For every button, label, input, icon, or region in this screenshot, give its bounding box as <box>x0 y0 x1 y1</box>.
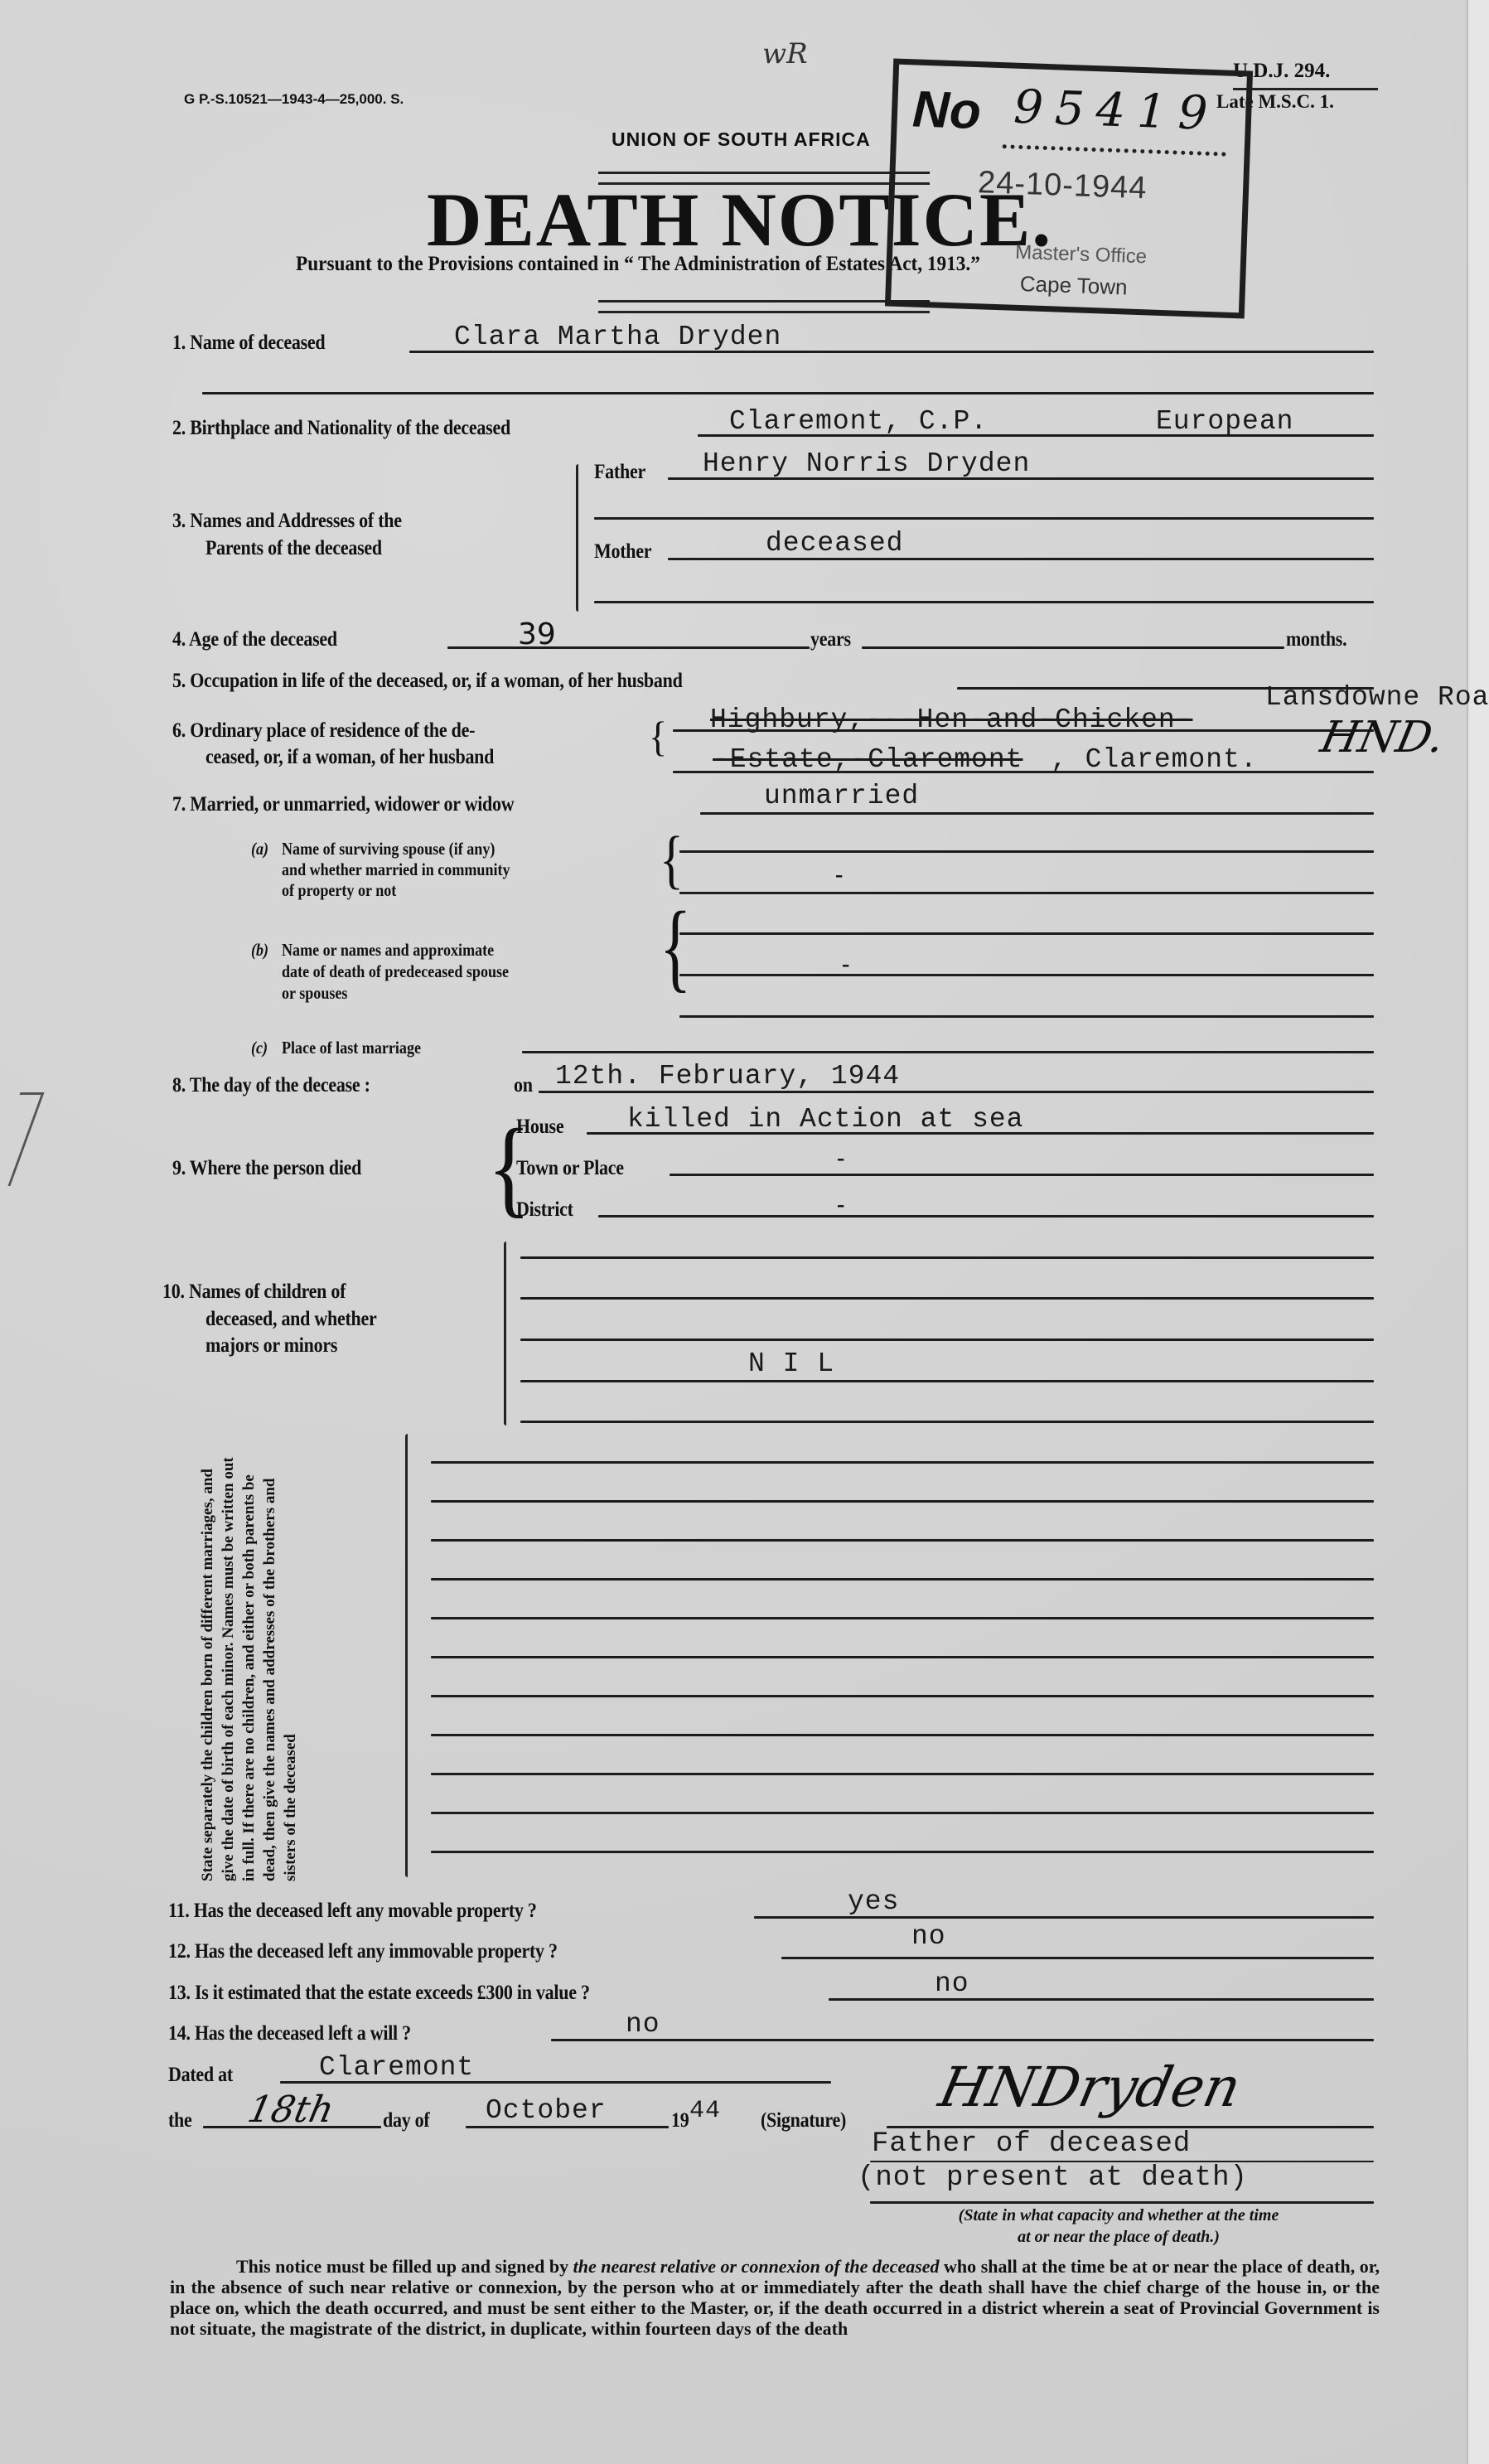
q9-house-value: killed in Action at sea <box>627 1104 1023 1135</box>
stamp-date: 24-10-1944 <box>977 165 1148 206</box>
form-code-rule <box>1233 88 1378 90</box>
month-line <box>466 2126 669 2128</box>
dated-at-value: Claremont <box>319 2052 474 2083</box>
q3-label-2: Parents of the deceased <box>205 537 382 560</box>
children-ruled-line <box>431 1617 1374 1619</box>
q2-line <box>698 434 1374 437</box>
initials-mark: wR <box>762 37 808 70</box>
children-ruled-line <box>431 1695 1374 1697</box>
q7b-label-3: or spouses <box>282 983 347 1004</box>
q7b-label-1: Name or names and approximate <box>282 940 494 961</box>
q3-father-line-2 <box>594 517 1374 520</box>
footer-text-pre: This notice must be filled up and signed… <box>236 2256 573 2277</box>
capacity-caption-2: at or near the place of death.) <box>853 2226 1384 2248</box>
children-ruled-line <box>431 1773 1374 1775</box>
q11-label: 11. Has the deceased left any movable pr… <box>168 1900 537 1923</box>
q9-label: 9. Where the person died <box>172 1157 361 1180</box>
dated-at-label: Dated at <box>168 2064 233 2087</box>
q10-brace <box>504 1242 506 1426</box>
q9-district-line <box>598 1215 1374 1217</box>
q4-label: 4. Age of the deceased <box>172 628 337 651</box>
stamp-office: Master's Office <box>1015 241 1148 269</box>
q7b-brace: { <box>660 891 691 1004</box>
children-ruled-line <box>431 1539 1374 1542</box>
q3-label-1: 3. Names and Addresses of the <box>172 510 402 533</box>
q7a-value: - <box>835 862 843 888</box>
q7a-line-2 <box>679 892 1374 894</box>
children-ruled-line <box>431 1500 1374 1503</box>
q12-line <box>781 1957 1374 1959</box>
q4-years-line <box>447 646 810 649</box>
q10-label-2: deceased, and whether <box>205 1308 376 1331</box>
q9-district-label: District <box>516 1198 573 1222</box>
q5-label: 5. Occupation in life of the deceased, o… <box>172 670 683 693</box>
q3-father-line <box>668 477 1374 480</box>
q7a-label-3: of property or not <box>282 880 396 901</box>
print-code: G P.-S.10521—1943-4—25,000. S. <box>184 91 404 108</box>
q2-label: 2. Birthplace and Nationality of the dec… <box>172 417 510 440</box>
q9-town-value: - <box>837 1145 844 1172</box>
q8-on-label: on <box>514 1074 533 1097</box>
q9-house-line <box>587 1132 1374 1135</box>
q1-value: Clara Martha Dryden <box>454 322 781 352</box>
q3-father-label: Father <box>594 461 645 484</box>
q7a-marker: (a) <box>251 839 268 859</box>
capacity-caption-1: (State in what capacity and whether at t… <box>853 2205 1384 2226</box>
month-value: October <box>486 2095 607 2126</box>
q6-initials: HND. <box>1317 713 1449 762</box>
q10-line-5 <box>520 1421 1374 1423</box>
capacity-line-2-rule <box>870 2201 1374 2204</box>
q11-line <box>754 1916 1374 1919</box>
q7-value: unmarried <box>764 781 919 811</box>
children-ruled-line <box>431 1851 1374 1853</box>
q11-value: yes <box>848 1886 899 1917</box>
year-prefix: 19 <box>671 2109 689 2132</box>
q10-label-3: majors or minors <box>205 1334 337 1358</box>
q10-value: N I L <box>748 1348 834 1379</box>
q3-mother-label: Mother <box>594 540 651 564</box>
q6-line-1 <box>673 729 1374 732</box>
q14-line <box>551 2039 1374 2041</box>
children-brace <box>405 1434 408 1877</box>
q12-value: no <box>911 1921 946 1952</box>
children-ruled-line <box>431 1734 1374 1736</box>
q10-line-4 <box>520 1380 1374 1382</box>
q7b-line-2 <box>679 974 1374 976</box>
capacity-line-1: Father of deceased <box>872 2128 1191 2160</box>
footer-text-italic: the nearest relative or connexion of the… <box>573 2256 940 2277</box>
q6-brace: { <box>649 712 667 760</box>
q6-label-2: ceased, or, if a woman, of her husband <box>205 746 494 769</box>
the-label: the <box>168 2109 192 2132</box>
q3-mother-line-2 <box>594 601 1374 603</box>
q7b-marker: (b) <box>251 940 268 961</box>
q1-line <box>409 351 1374 353</box>
stamp-dotted-line <box>1003 144 1226 156</box>
capacity-line-2: (not present at death) <box>858 2162 1248 2194</box>
q13-line <box>829 1998 1374 2001</box>
q2-birthplace: Claremont, C.P. <box>729 406 988 437</box>
q7b-label-2: date of death of predeceased spouse <box>282 961 509 982</box>
q7b-line-1 <box>679 932 1374 935</box>
capacity-caption: (State in what capacity and whether at t… <box>853 2205 1384 2248</box>
document-page <box>0 0 1467 2464</box>
q1-label: 1. Name of deceased <box>172 332 325 355</box>
q7a-label-1: Name of surviving spouse (if any) <box>282 839 495 859</box>
q13-label: 13. Is it estimated that the estate exce… <box>168 1982 590 2005</box>
q7-line <box>700 812 1374 815</box>
children-ruled-line <box>431 1578 1374 1581</box>
q10-label-1: 10. Names of children of <box>162 1280 346 1304</box>
q6-insert: Lansdowne Road, <box>1265 682 1489 713</box>
q7-label: 7. Married, or unmarried, widower or wid… <box>172 793 514 816</box>
q7c-line <box>522 1051 1374 1053</box>
q14-value: no <box>626 2009 660 2040</box>
q8-value: 12th. February, 1944 <box>555 1061 900 1092</box>
q7b-line-3 <box>679 1015 1374 1018</box>
title-rule-bottom <box>598 300 930 313</box>
q4-months-label: months. <box>1286 628 1346 651</box>
q9-town-line <box>670 1174 1374 1176</box>
q13-value: no <box>935 1968 969 1999</box>
q10-line-1 <box>520 1256 1374 1259</box>
children-ruled-line <box>431 1461 1374 1464</box>
q7c-label: Place of last marriage <box>282 1038 421 1058</box>
stamp-town: Cape Town <box>1019 271 1128 301</box>
q6-line-2 <box>673 771 1374 773</box>
q7a-label-2: and whether married in community <box>282 859 510 880</box>
q4-years-label: years <box>810 628 851 651</box>
q6-label-1: 6. Ordinary place of residence of the de… <box>172 719 475 743</box>
registration-stamp: No 95419 24-10-1944 Master's Office Cape… <box>885 59 1253 319</box>
q7a-line-1 <box>679 850 1374 853</box>
children-ruled-line <box>431 1656 1374 1658</box>
q3-father-value: Henry Norris Dryden <box>703 448 1030 479</box>
q8-label: 8. The day of the decease : <box>172 1074 370 1097</box>
footer-instructions: This notice must be filled up and signed… <box>170 2256 1380 2339</box>
day-of-label: day of <box>383 2109 429 2132</box>
union-label: UNION OF SOUTH AFRICA <box>612 128 871 151</box>
q10-line-3 <box>520 1338 1374 1341</box>
day-line <box>203 2126 381 2128</box>
page-edge <box>1467 0 1489 2464</box>
q3-brace <box>576 464 578 612</box>
q4-months-line <box>862 646 1284 649</box>
day-value: 18th <box>244 2089 338 2131</box>
page-subtitle: Pursuant to the Provisions contained in … <box>296 253 980 276</box>
q9-town-label: Town or Place <box>516 1157 624 1180</box>
q3-mother-value: deceased <box>766 528 903 559</box>
q1-line-2 <box>202 392 1374 395</box>
children-ruled-line <box>431 1812 1374 1814</box>
q14-label: 14. Has the deceased left a will ? <box>168 2022 411 2045</box>
q2-nationality: European <box>1156 406 1293 437</box>
q8-line <box>539 1091 1374 1093</box>
q12-label: 12. Has the deceased left any immovable … <box>168 1940 558 1963</box>
dated-at-line <box>280 2081 831 2084</box>
year-value: 44 <box>689 2097 721 2125</box>
q10-line-2 <box>520 1297 1374 1300</box>
signature-label: (Signature) <box>761 2109 846 2132</box>
q9-house-label: House <box>516 1116 563 1139</box>
stamp-number: 95419 <box>1013 80 1220 142</box>
signature: HNDryden <box>934 2055 1246 2119</box>
q7c-marker: (c) <box>251 1038 268 1058</box>
q7a-brace: { <box>660 823 684 898</box>
q3-mother-line <box>668 558 1374 560</box>
stamp-no-label: No <box>911 80 982 141</box>
children-instructions: State separately the children born of di… <box>197 1450 301 1881</box>
